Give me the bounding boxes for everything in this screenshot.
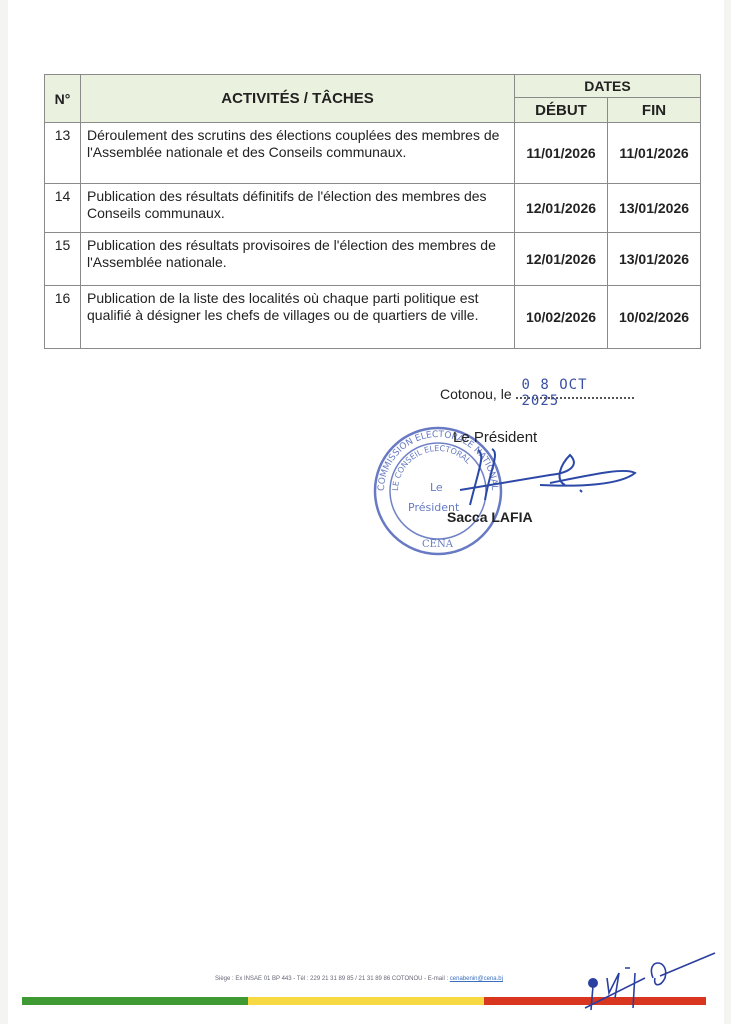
header-dates: DATES (515, 75, 701, 98)
row-end-date: 13/01/2026 (608, 233, 701, 286)
row-activity: Publication de la liste des localités où… (81, 286, 515, 349)
footer-address-text: Siège : Ex INSAE 01 BP 443 - Tél : 229 2… (215, 976, 450, 982)
row-activity: Déroulement des scrutins des élections c… (81, 123, 515, 184)
signature-icon (430, 445, 640, 515)
place-label: Cotonou, le (440, 386, 512, 402)
header-start: DÉBUT (515, 98, 608, 123)
table-row: 16 Publication de la liste des localités… (45, 286, 701, 349)
row-number: 13 (45, 123, 81, 184)
flag-bar-yellow (248, 997, 484, 1005)
row-end-date: 10/02/2026 (608, 286, 701, 349)
footer-address: Siège : Ex INSAE 01 BP 443 - Tél : 229 2… (215, 976, 503, 982)
svg-text:CENA: CENA (422, 539, 454, 550)
flag-bar-green (22, 997, 248, 1005)
schedule-table: N° ACTIVITÉS / TÂCHES DATES DÉBUT FIN 13… (44, 74, 701, 349)
row-end-date: 11/01/2026 (608, 123, 701, 184)
page-initials-icon (575, 948, 725, 1018)
row-start-date: 12/01/2026 (515, 233, 608, 286)
row-start-date: 10/02/2026 (515, 286, 608, 349)
row-number: 15 (45, 233, 81, 286)
row-start-date: 12/01/2026 (515, 184, 608, 233)
row-activity: Publication des résultats définitifs de … (81, 184, 515, 233)
stamped-date: 0 8 OCT 2025 (522, 377, 634, 409)
table-row: 13 Déroulement des scrutins des élection… (45, 123, 701, 184)
row-activity: Publication des résultats provisoires de… (81, 233, 515, 286)
row-number: 14 (45, 184, 81, 233)
place-and-date: Cotonou, le 0 8 OCT 2025 (440, 385, 634, 402)
row-number: 16 (45, 286, 81, 349)
signatory-title: Le Président (453, 429, 537, 446)
table-row: 15 Publication des résultats provisoires… (45, 233, 701, 286)
header-end: FIN (608, 98, 701, 123)
header-number: N° (45, 75, 81, 123)
header-activities: ACTIVITÉS / TÂCHES (81, 75, 515, 123)
date-line: 0 8 OCT 2025 (516, 385, 634, 399)
signatory-name: Sacca LAFIA (447, 509, 533, 525)
row-start-date: 11/01/2026 (515, 123, 608, 184)
footer-email-link[interactable]: cenabenin@cena.bj (450, 976, 503, 982)
table-row: 14 Publication des résultats définitifs … (45, 184, 701, 233)
row-end-date: 13/01/2026 (608, 184, 701, 233)
